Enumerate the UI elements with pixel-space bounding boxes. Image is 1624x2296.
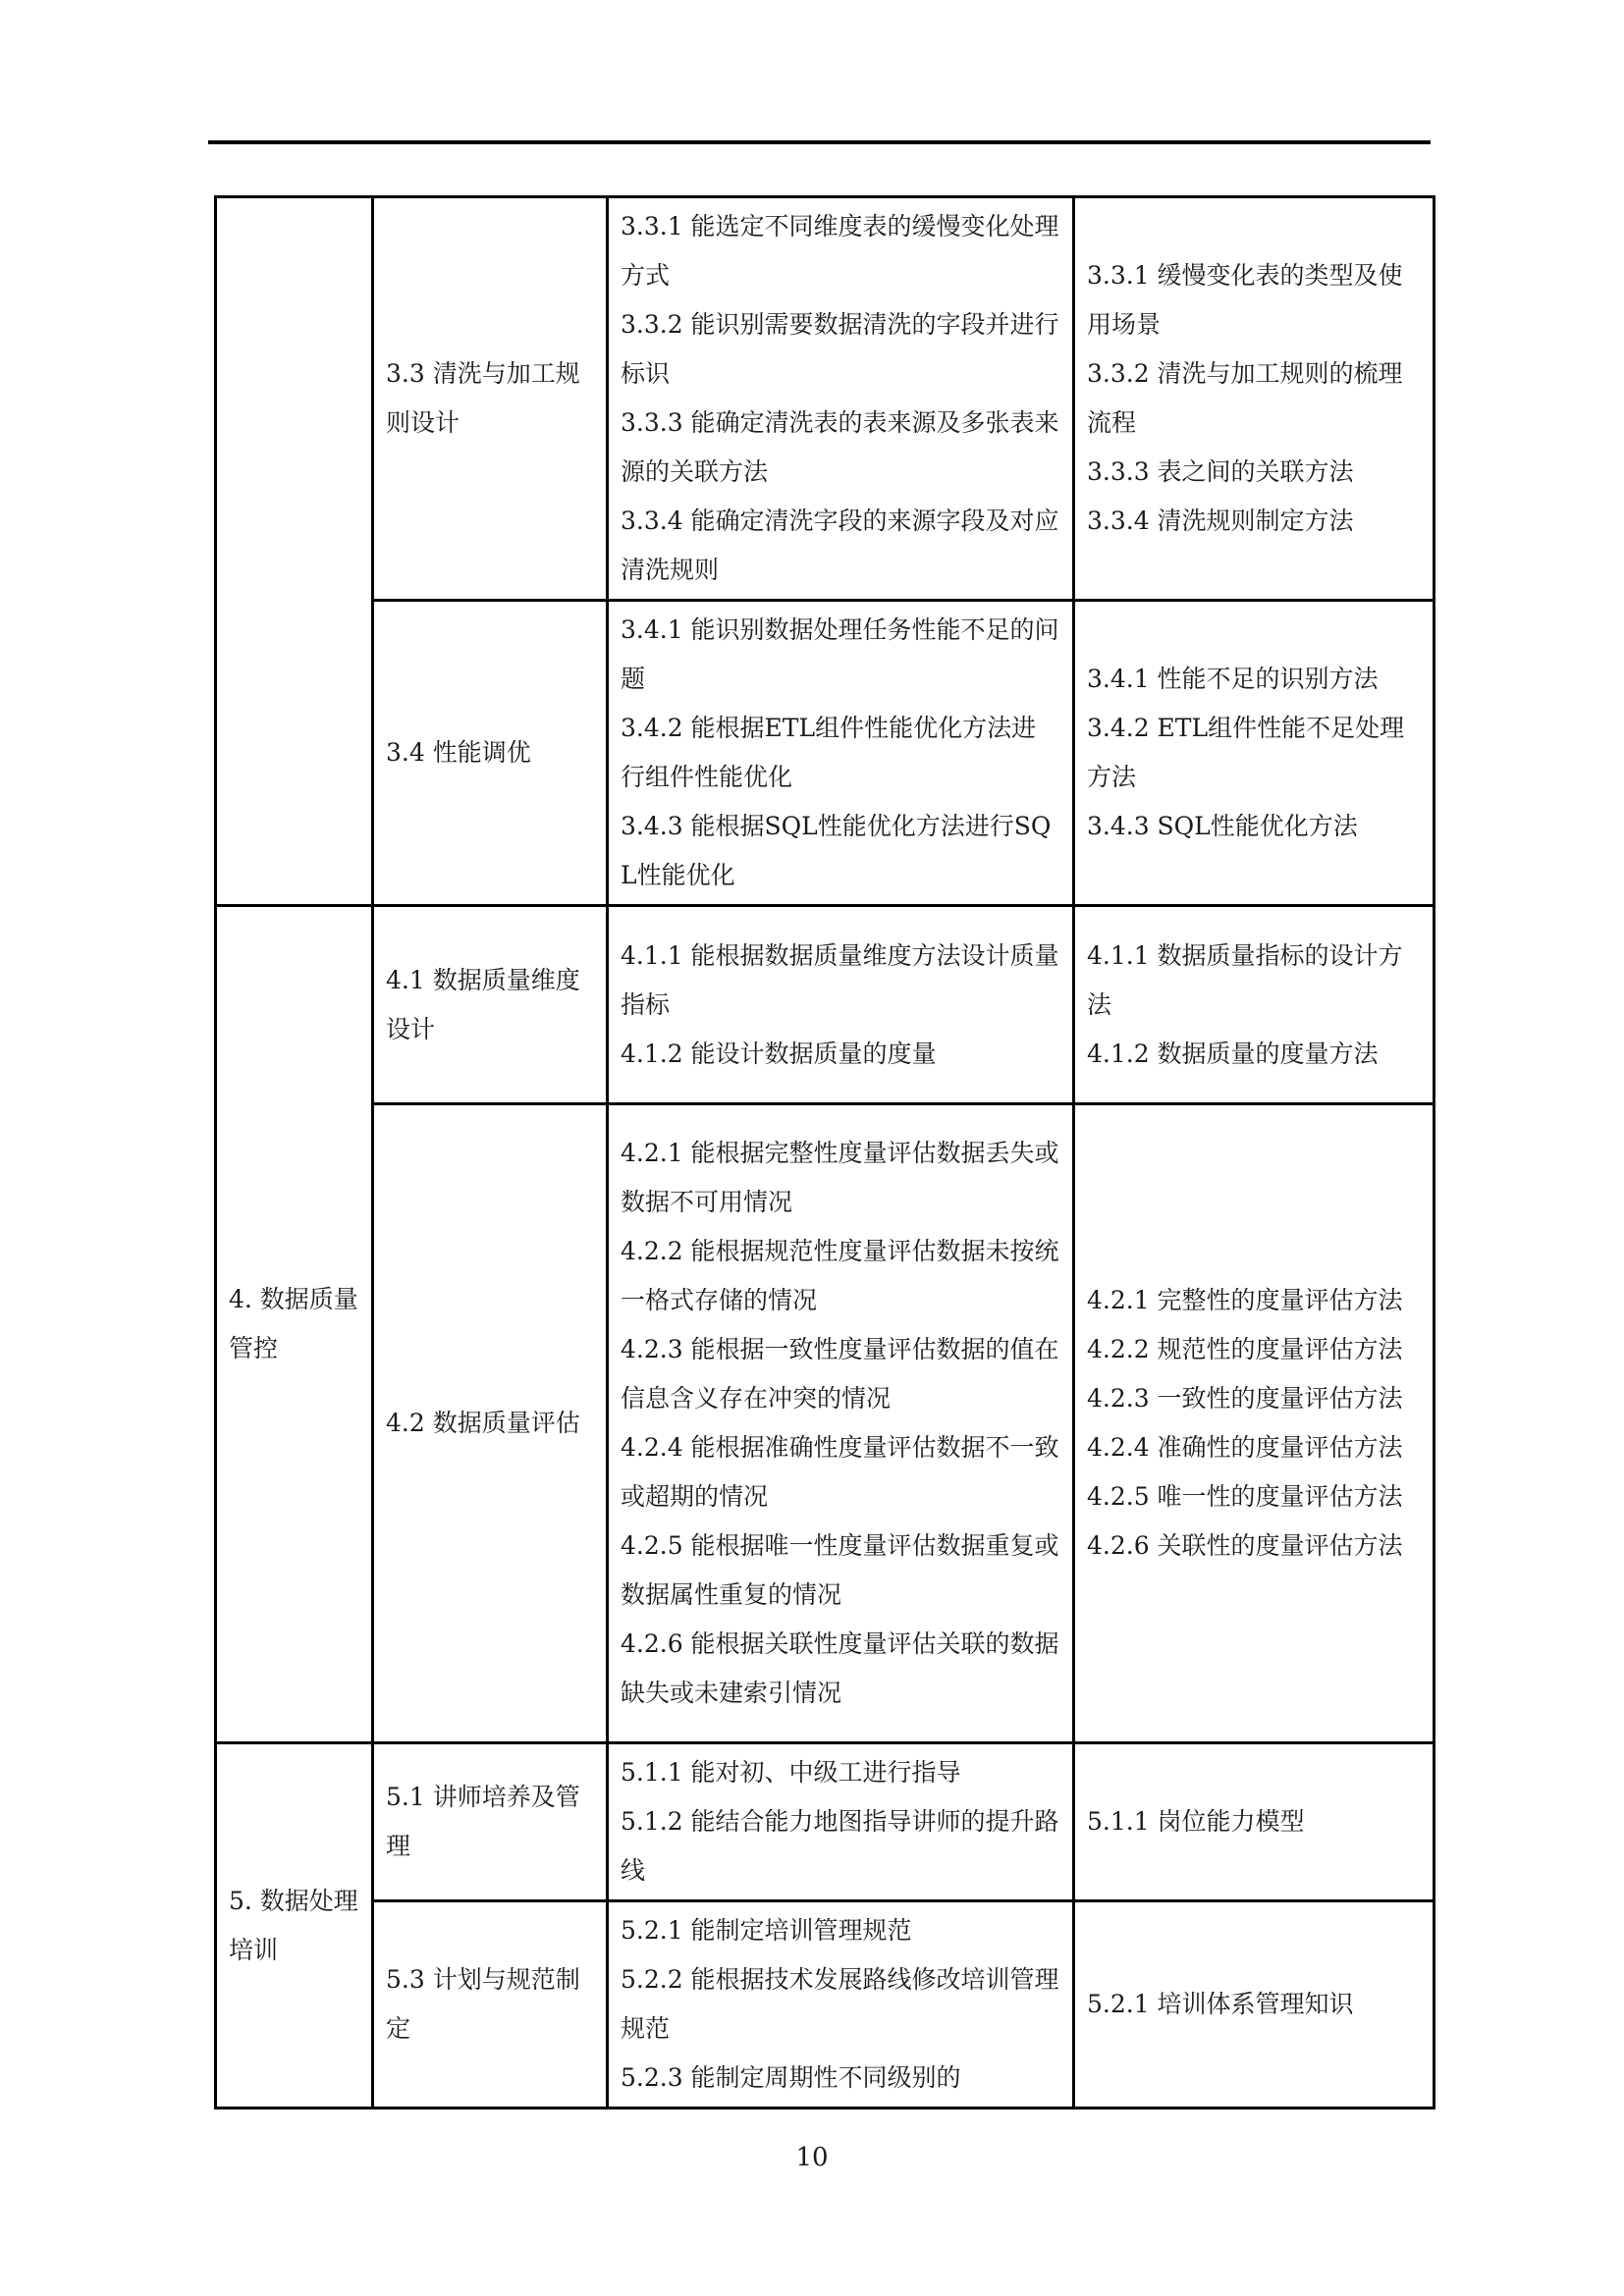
knowledge-item: 3.4.3 SQL性能优化方法 bbox=[1087, 802, 1421, 851]
skill-item: 4.1.1 能根据数据质量维度方法设计质量指标 bbox=[621, 932, 1060, 1030]
skill-item: 3.3.2 能识别需要数据清洗的字段并进行标识 bbox=[621, 300, 1060, 399]
knowledge-cell: 3.3.1 缓慢变化表的类型及使用场景 3.3.2 清洗与加工规则的梳理流程 3… bbox=[1074, 197, 1435, 601]
knowledge-item: 5.1.1 岗位能力模型 bbox=[1087, 1797, 1421, 1846]
skill-item: 4.2.5 能根据唯一性度量评估数据重复或数据属性重复的情况 bbox=[621, 1522, 1060, 1620]
unit-cell: 5.1 讲师培养及管理 bbox=[373, 1743, 608, 1901]
knowledge-item: 3.3.1 缓慢变化表的类型及使用场景 bbox=[1087, 251, 1421, 349]
skill-item: 4.2.6 能根据关联性度量评估关联的数据缺失或未建索引情况 bbox=[621, 1620, 1060, 1718]
table-row: 3.3 清洗与加工规则设计 3.3.1 能选定不同维度表的缓慢变化处理方式 3.… bbox=[216, 197, 1435, 601]
knowledge-item: 4.1.2 数据质量的度量方法 bbox=[1087, 1030, 1421, 1079]
unit-cell: 3.4 性能调优 bbox=[373, 601, 608, 906]
skill-item: 5.2.3 能制定周期性不同级别的 bbox=[621, 2054, 1060, 2103]
knowledge-item: 3.4.2 ETL组件性能不足处理方法 bbox=[1087, 704, 1421, 802]
skill-item: 4.1.2 能设计数据质量的度量 bbox=[621, 1030, 1060, 1079]
table-row: 5. 数据处理培训 5.1 讲师培养及管理 5.1.1 能对初、中级工进行指导 … bbox=[216, 1743, 1435, 1901]
category-cell: 4. 数据质量管控 bbox=[216, 906, 373, 1743]
skill-item: 3.3.3 能确定清洗表的表来源及多张表来源的关联方法 bbox=[621, 399, 1060, 497]
unit-cell: 4.1 数据质量维度设计 bbox=[373, 906, 608, 1104]
knowledge-item: 3.4.1 性能不足的识别方法 bbox=[1087, 655, 1421, 704]
skill-item: 3.4.1 能识别数据处理任务性能不足的问题 bbox=[621, 606, 1060, 704]
table-row: 4.2 数据质量评估 4.2.1 能根据完整性度量评估数据丢失或数据不可用情况 … bbox=[216, 1104, 1435, 1743]
unit-cell: 3.3 清洗与加工规则设计 bbox=[373, 197, 608, 601]
knowledge-item: 3.3.3 表之间的关联方法 bbox=[1087, 448, 1421, 497]
skill-item: 4.2.3 能根据一致性度量评估数据的值在信息含义存在冲突的情况 bbox=[621, 1325, 1060, 1423]
knowledge-item: 4.2.6 关联性的度量评估方法 bbox=[1087, 1522, 1421, 1571]
header-rule bbox=[208, 140, 1431, 144]
unit-cell: 4.2 数据质量评估 bbox=[373, 1104, 608, 1743]
knowledge-item: 3.3.2 清洗与加工规则的梳理流程 bbox=[1087, 349, 1421, 448]
skill-item: 5.1.1 能对初、中级工进行指导 bbox=[621, 1748, 1060, 1797]
knowledge-cell: 5.2.1 培训体系管理知识 bbox=[1074, 1901, 1435, 2109]
knowledge-cell: 5.1.1 岗位能力模型 bbox=[1074, 1743, 1435, 1901]
skill-item: 5.2.2 能根据技术发展路线修改培训管理规范 bbox=[621, 1955, 1060, 2054]
unit-cell: 5.3 计划与规范制定 bbox=[373, 1901, 608, 2109]
knowledge-item: 4.2.3 一致性的度量评估方法 bbox=[1087, 1374, 1421, 1423]
skill-item: 5.2.1 能制定培训管理规范 bbox=[621, 1906, 1060, 1955]
skills-cell: 4.1.1 能根据数据质量维度方法设计质量指标 4.1.2 能设计数据质量的度量 bbox=[608, 906, 1074, 1104]
knowledge-cell: 3.4.1 性能不足的识别方法 3.4.2 ETL组件性能不足处理方法 3.4.… bbox=[1074, 601, 1435, 906]
knowledge-item: 4.2.1 完整性的度量评估方法 bbox=[1087, 1276, 1421, 1325]
skills-table: 3.3 清洗与加工规则设计 3.3.1 能选定不同维度表的缓慢变化处理方式 3.… bbox=[214, 195, 1435, 2109]
knowledge-cell: 4.1.1 数据质量指标的设计方法 4.1.2 数据质量的度量方法 bbox=[1074, 906, 1435, 1104]
category-cell bbox=[216, 197, 373, 906]
knowledge-item: 5.2.1 培训体系管理知识 bbox=[1087, 1980, 1421, 2029]
page-number: 10 bbox=[0, 2143, 1624, 2172]
skills-cell: 3.4.1 能识别数据处理任务性能不足的问题 3.4.2 能根据ETL组件性能优… bbox=[608, 601, 1074, 906]
knowledge-item: 4.2.5 唯一性的度量评估方法 bbox=[1087, 1472, 1421, 1522]
table-row: 5.3 计划与规范制定 5.2.1 能制定培训管理规范 5.2.2 能根据技术发… bbox=[216, 1901, 1435, 2109]
skills-cell: 5.2.1 能制定培训管理规范 5.2.2 能根据技术发展路线修改培训管理规范 … bbox=[608, 1901, 1074, 2109]
skill-item: 3.3.4 能确定清洗字段的来源字段及对应清洗规则 bbox=[621, 497, 1060, 595]
skill-item: 3.4.2 能根据ETL组件性能优化方法进行组件性能优化 bbox=[621, 704, 1060, 802]
skills-cell: 5.1.1 能对初、中级工进行指导 5.1.2 能结合能力地图指导讲师的提升路线 bbox=[608, 1743, 1074, 1901]
knowledge-item: 4.2.2 规范性的度量评估方法 bbox=[1087, 1325, 1421, 1374]
skill-item: 4.2.4 能根据准确性度量评估数据不一致或超期的情况 bbox=[621, 1423, 1060, 1522]
knowledge-item: 3.3.4 清洗规则制定方法 bbox=[1087, 497, 1421, 546]
table-row: 3.4 性能调优 3.4.1 能识别数据处理任务性能不足的问题 3.4.2 能根… bbox=[216, 601, 1435, 906]
skill-item: 5.1.2 能结合能力地图指导讲师的提升路线 bbox=[621, 1797, 1060, 1896]
knowledge-cell: 4.2.1 完整性的度量评估方法 4.2.2 规范性的度量评估方法 4.2.3 … bbox=[1074, 1104, 1435, 1743]
skill-item: 3.3.1 能选定不同维度表的缓慢变化处理方式 bbox=[621, 202, 1060, 300]
skill-item: 4.2.2 能根据规范性度量评估数据未按统一格式存储的情况 bbox=[621, 1227, 1060, 1325]
knowledge-item: 4.1.1 数据质量指标的设计方法 bbox=[1087, 932, 1421, 1030]
skill-item: 3.4.3 能根据SQL性能优化方法进行SQL性能优化 bbox=[621, 802, 1060, 900]
skill-item: 4.2.1 能根据完整性度量评估数据丢失或数据不可用情况 bbox=[621, 1129, 1060, 1227]
skills-cell: 4.2.1 能根据完整性度量评估数据丢失或数据不可用情况 4.2.2 能根据规范… bbox=[608, 1104, 1074, 1743]
knowledge-item: 4.2.4 准确性的度量评估方法 bbox=[1087, 1423, 1421, 1472]
skills-cell: 3.3.1 能选定不同维度表的缓慢变化处理方式 3.3.2 能识别需要数据清洗的… bbox=[608, 197, 1074, 601]
table-row: 4. 数据质量管控 4.1 数据质量维度设计 4.1.1 能根据数据质量维度方法… bbox=[216, 906, 1435, 1104]
category-cell: 5. 数据处理培训 bbox=[216, 1743, 373, 2109]
